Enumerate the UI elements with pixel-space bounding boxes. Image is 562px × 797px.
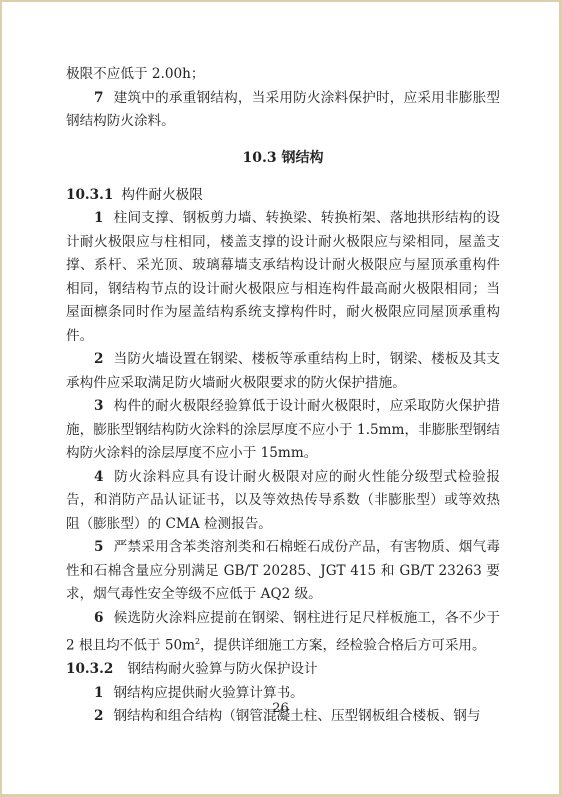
- item-text: 建筑中的承重钢结构，当采用防火涂料保护时，应采用非膨胀型钢结构防火涂料。: [66, 90, 500, 130]
- list-item: 5严禁采用含苯类溶剂类和石棉蛭石成份产品，有害物质、烟气毒性和石棉含量应分别满足…: [66, 536, 500, 607]
- page-number: 26: [2, 701, 559, 716]
- item-number: 1: [94, 210, 103, 226]
- clause-number: 10.3.2: [66, 661, 113, 677]
- section-title: 10.3 钢结构: [66, 146, 500, 170]
- continued-text: 极限不应低于 2.00h；: [66, 63, 500, 87]
- clause-heading-10-3-1: 10.3.1构件耐火极限: [66, 184, 500, 208]
- clause-number: 10.3.1: [66, 187, 113, 203]
- item-text: 钢结构应提供耐火验算计算书。: [113, 685, 303, 701]
- list-item-7: 7建筑中的承重钢结构，当采用防火涂料保护时，应采用非膨胀型钢结构防火涂料。: [66, 87, 500, 134]
- item-text: ，提供详细施工方案，经检验合格后方可采用。: [200, 638, 485, 654]
- item-text: 构件的耐火极限经验算低于设计耐火极限时，应采取防火保护措施，膨胀型钢结构防火涂料…: [66, 398, 500, 461]
- item-number: 4: [94, 469, 103, 485]
- item-number: 5: [94, 539, 103, 555]
- item-text: 防火涂料应具有设计耐火极限对应的耐火性能分级型式检验报告，和消防产品认证证书，以…: [66, 469, 500, 532]
- clause-title: 钢结构耐火验算与防火保护设计: [127, 661, 317, 677]
- list-item: 2当防火墙设置在钢梁、楼板等承重结构上时，钢梁、楼板及其支承构件应采取满足防火墙…: [66, 348, 500, 395]
- item-number: 3: [94, 398, 103, 414]
- page-content: 极限不应低于 2.00h； 7建筑中的承重钢结构，当采用防火涂料保护时，应采用非…: [66, 63, 500, 729]
- item-number: 6: [94, 610, 103, 626]
- clause-heading-10-3-2: 10.3.2钢结构耐火验算与防火保护设计: [66, 658, 500, 682]
- item-number: 1: [94, 685, 103, 701]
- item-text: 严禁采用含苯类溶剂类和石棉蛭石成份产品，有害物质、烟气毒性和石棉含量应分别满足 …: [66, 539, 500, 602]
- item-text: 柱间支撑、钢板剪力墙、转换梁、转换桁架、落地拱形结构的设计耐火极限应与柱相同，楼…: [66, 210, 500, 344]
- list-item: 1柱间支撑、钢板剪力墙、转换梁、转换桁架、落地拱形结构的设计耐火极限应与柱相同，…: [66, 207, 500, 348]
- clause-title: 构件耐火极限: [121, 187, 203, 203]
- document-page: 极限不应低于 2.00h； 7建筑中的承重钢结构，当采用防火涂料保护时，应采用非…: [2, 2, 559, 794]
- text-line: 极限不应低于 2.00h；: [66, 66, 205, 82]
- list-item: 3构件的耐火极限经验算低于设计耐火极限时，应采取防火保护措施，膨胀型钢结构防火涂…: [66, 395, 500, 466]
- list-item: 4防火涂料应具有设计耐火极限对应的耐火性能分级型式检验报告，和消防产品认证证书，…: [66, 466, 500, 537]
- item-number: 7: [94, 90, 103, 106]
- item-number: 2: [94, 351, 103, 367]
- item-text: 当防火墙设置在钢梁、楼板等承重结构上时，钢梁、楼板及其支承构件应采取满足防火墙耐…: [66, 351, 500, 391]
- list-item: 6候选防火涂料应提前在钢梁、钢柱进行足尺样板施工，各不少于 2 根且均不低于 5…: [66, 607, 500, 659]
